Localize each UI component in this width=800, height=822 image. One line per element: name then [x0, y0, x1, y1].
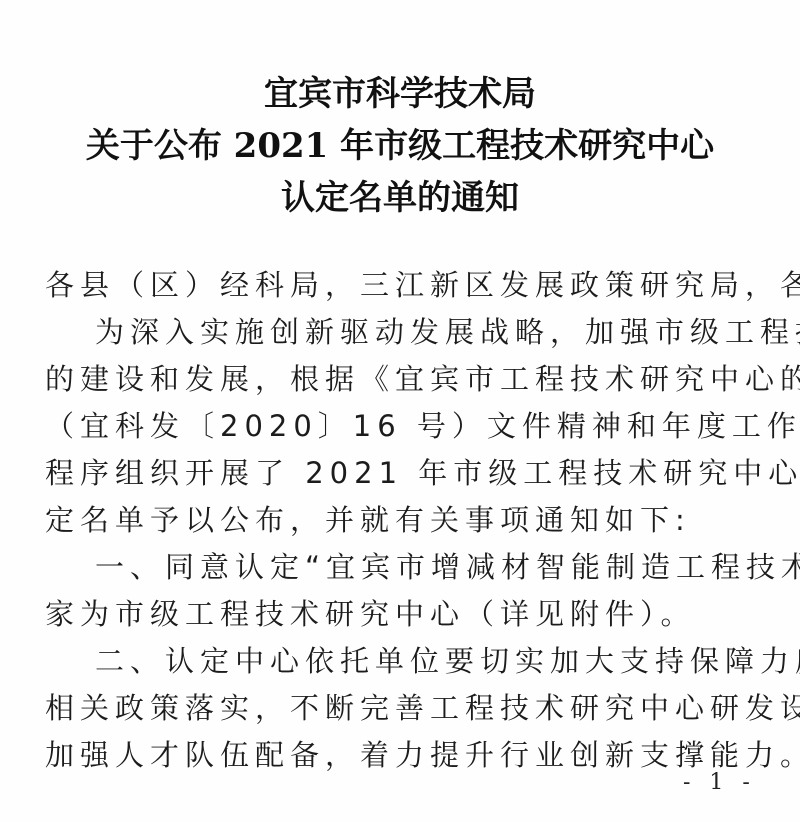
document-title: 宜宾市科学技术局 关于公布 2021 年市级工程技术研究中心 认定名单的通知	[0, 68, 800, 224]
item-one-line: 一、同意认定“宜宾市增减材智能制造工程技术中心”等 17	[45, 544, 765, 591]
page-number: - 1 -	[683, 770, 756, 795]
title-subject: 关于公布 2021 年市级工程技术研究中心	[0, 120, 800, 172]
salutation-line: 各县（区）经科局，三江新区发展政策研究局，各有关单位:	[45, 262, 765, 309]
paragraph-line: 的建设和发展，根据《宜宾市工程技术研究中心的组建管理办法》	[45, 356, 765, 403]
item-two-line: 二、认定中心依托单位要切实加大支持保障力度，积极推动	[45, 638, 765, 685]
item-two-line: 加强人才队伍配备，着力提升行业创新支撑能力。	[45, 732, 765, 779]
title-issuer: 宜宾市科学技术局	[0, 68, 800, 120]
item-two-line: 相关政策落实，不断完善工程技术研究中心研发设施和工作条件，	[45, 685, 765, 732]
document-page: 宜宾市科学技术局 关于公布 2021 年市级工程技术研究中心 认定名单的通知 各…	[0, 0, 800, 822]
paragraph-line: （宜科发〔2020〕16 号）文件精神和年度工作安排，市科技局按	[45, 403, 765, 450]
document-body: 各县（区）经科局，三江新区发展政策研究局，各有关单位: 为深入实施创新驱动发展战…	[45, 262, 765, 779]
paragraph-line: 程序组织开展了 2021 年市级工程技术研究中心认定工作，现将认	[45, 450, 765, 497]
paragraph-line: 为深入实施创新驱动发展战略，加强市级工程技术研究中心	[45, 309, 765, 356]
item-one-line: 家为市级工程技术研究中心（详见附件）。	[45, 591, 765, 638]
title-notice: 认定名单的通知	[0, 172, 800, 224]
paragraph-line: 定名单予以公布，并就有关事项通知如下:	[45, 497, 765, 544]
